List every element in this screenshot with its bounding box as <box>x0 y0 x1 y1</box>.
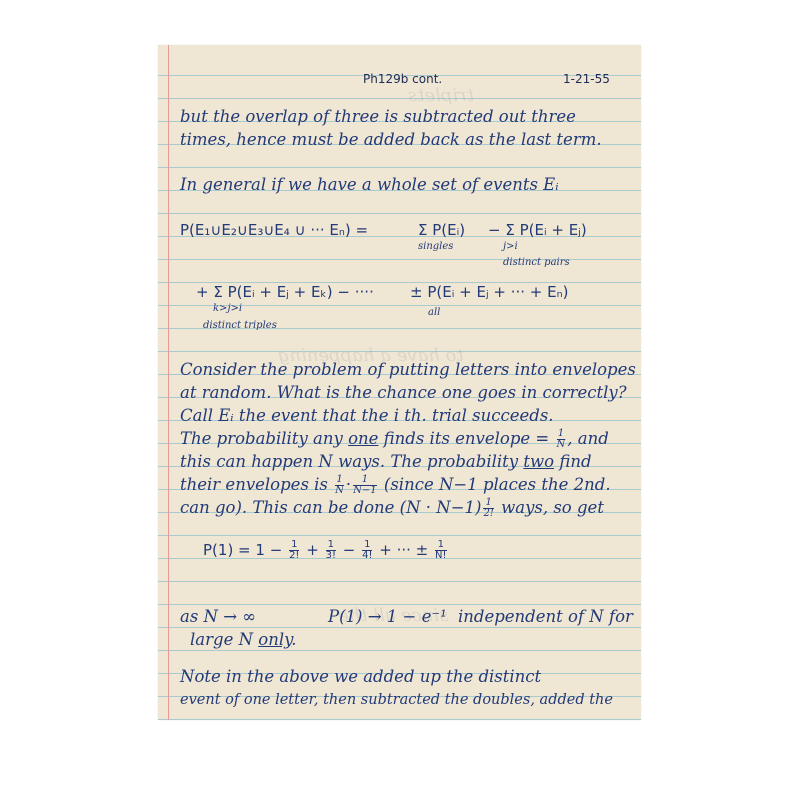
text-line: times, hence must be added back as the l… <box>180 130 602 150</box>
formula-subscript: singles <box>418 241 453 253</box>
fraction: 1N <box>335 475 344 496</box>
text-line: large N only. <box>190 630 296 650</box>
fraction: 1N! <box>435 540 447 561</box>
formula-subscript: j>i <box>503 241 518 253</box>
formula-p1: P(1) = 1 − 12! + 13! − 14! + ··· ± 1N! <box>203 540 449 561</box>
margin-line <box>168 45 169 720</box>
fraction: 14! <box>362 540 372 561</box>
text-line: Call Eᵢ the event that the i th. trial s… <box>180 406 554 426</box>
formula-lhs: P(E₁∪E₂∪E₃∪E₄ ∪ ··· Eₙ) = <box>180 220 368 240</box>
text-line: Note in the above we added up the distin… <box>180 667 541 687</box>
text-line: this can happen N ways. The probability … <box>180 452 592 472</box>
text-line: as N → ∞ <box>180 607 256 627</box>
underlined-word: one <box>348 429 378 448</box>
course-label: Ph129b cont. <box>363 69 442 89</box>
underlined-word: two <box>523 452 554 471</box>
text-line: P(1) → 1 − e⁻¹ <box>328 607 447 627</box>
text-line: The probability any one finds its envelo… <box>180 429 609 450</box>
text-line: Consider the problem of putting letters … <box>180 360 636 380</box>
fraction: 1N <box>557 429 566 450</box>
text-line: their envelopes is 1N·1N−1 (since N−1 pl… <box>180 475 611 496</box>
formula-note: distinct pairs <box>503 257 570 269</box>
text-line: In general if we have a whole set of eve… <box>180 175 559 195</box>
date-label: 1-21-55 <box>563 69 610 89</box>
fraction: 1N−1 <box>353 475 377 496</box>
fraction: 12! <box>289 540 299 561</box>
formula-term: − Σ P(Eᵢ + Eⱼ) <box>488 220 587 240</box>
fraction: 13! <box>326 540 336 561</box>
text-line: but the overlap of three is subtracted o… <box>180 107 576 127</box>
formula-term: + Σ P(Eᵢ + Eⱼ + Eₖ) − ···· <box>196 282 374 302</box>
formula-subscript: k>j>i <box>213 303 242 315</box>
text-line: can go). This can be done (N · N−1)12! w… <box>180 498 604 519</box>
text-line: at random. What is the chance one goes i… <box>180 383 627 403</box>
formula-term: ± P(Eᵢ + Eⱼ + ··· + Eₙ) <box>410 282 568 302</box>
formula-note: all <box>428 307 440 319</box>
text-line: event of one letter, then subtracted the… <box>180 690 613 710</box>
formula-note: distinct triples <box>203 320 277 332</box>
text-line: independent of N for <box>458 607 633 627</box>
fraction: 12! <box>483 498 493 519</box>
underlined-word: only <box>258 630 291 649</box>
formula-term: Σ P(Eᵢ) <box>418 220 465 240</box>
notebook-page: triplets to have a happening since all t… <box>158 45 641 720</box>
